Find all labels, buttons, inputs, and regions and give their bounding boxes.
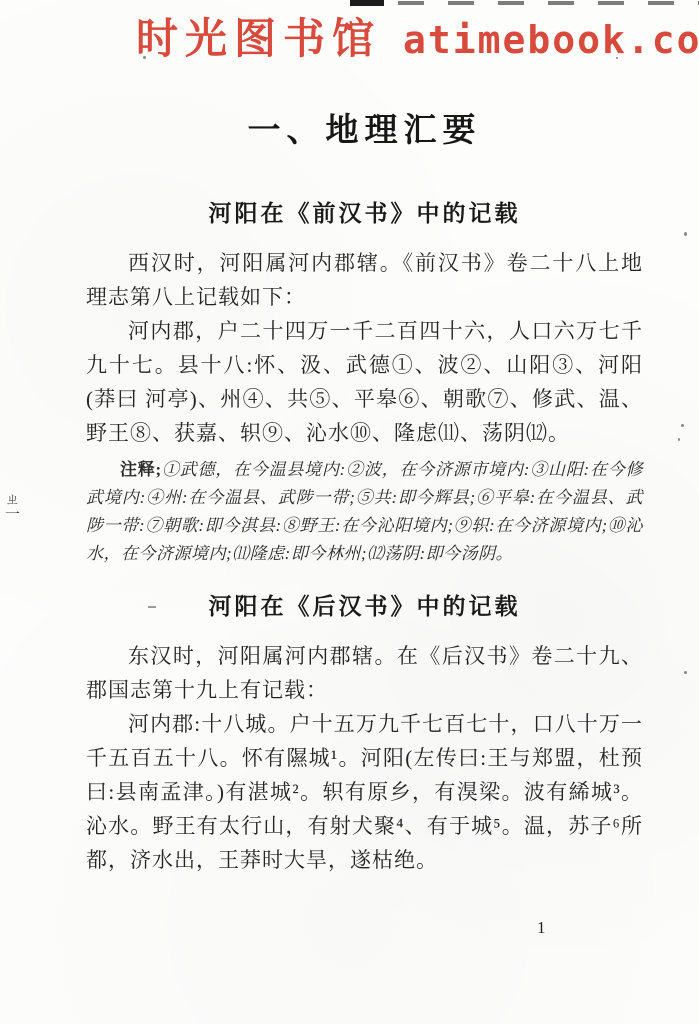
section-heading-houhanshu: 河阳在《后汉书》中的记载 xyxy=(86,588,643,621)
paragraph: 河内郡:十八城。户十五万九千七百七十，口八十万一千五百五十八。怀有隰城¹。河阳(… xyxy=(86,707,643,877)
scan-speck xyxy=(684,232,687,236)
section-heading-qianhanshu: 河阳在《前汉书》中的记载 xyxy=(86,195,643,228)
scan-speck xyxy=(678,438,680,441)
page-content: 一、地理汇要 河阳在《前汉书》中的记载 西汉时，河阳属河内郡辖。《前汉书》卷二十… xyxy=(0,0,699,877)
paragraph: 西汉时，河阳属河内郡辖。《前汉书》卷二十八上地理志第八上记载如下： xyxy=(86,246,643,314)
page-title: 一、地理汇要 xyxy=(86,104,643,151)
paragraph: 东汉时，河阳属河内郡辖。在《后汉书》卷二十九、郡国志第十九上有记载： xyxy=(86,639,643,707)
page-number: 1 xyxy=(537,918,546,938)
paragraph: 河内郡，户二十四万一千二百四十六，人口六万七千九十七。县十八:怀、汲、武德①、波… xyxy=(86,314,643,450)
annotation-notes: 注释;①武德，在今温县境内:②波，在今济源市境内:③山阳:在今修武境内:④州:在… xyxy=(86,456,643,568)
scan-speck xyxy=(616,57,618,59)
margin-mark: ㄓ一 xyxy=(5,492,23,522)
notes-body: ①武德，在今温县境内:②波，在今济源市境内:③山阳:在今修武境内:④州:在今温县… xyxy=(86,460,643,563)
scan-speck xyxy=(684,671,687,674)
scan-speck xyxy=(143,56,146,59)
scan-speck xyxy=(681,424,684,427)
notes-label: 注释; xyxy=(120,460,162,479)
scan-speck xyxy=(148,606,156,608)
